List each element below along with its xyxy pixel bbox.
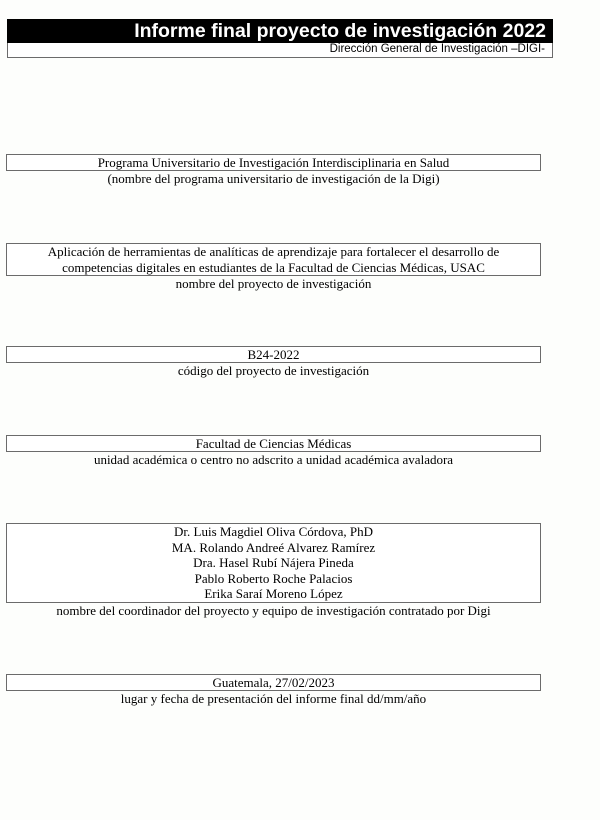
place-date-label: lugar y fecha de presentación del inform… <box>6 691 541 707</box>
report-subtitle: Dirección General de Investigación –DIGI… <box>7 43 553 58</box>
project-name-label: nombre del proyecto de investigación <box>6 276 541 292</box>
place-date-box: Guatemala, 27/02/2023 <box>6 674 541 691</box>
project-name-box: Aplicación de herramientas de analíticas… <box>6 243 541 276</box>
team-member: Pablo Roberto Roche Palacios <box>7 571 540 587</box>
project-name-line-2: competencias digitales en estudiantes de… <box>7 260 540 276</box>
academic-unit-box: Facultad de Ciencias Médicas <box>6 435 541 452</box>
team-member: MA. Rolando Andreé Alvarez Ramírez <box>7 540 540 556</box>
program-name-label: (nombre del programa universitario de in… <box>6 171 541 187</box>
place-date: Guatemala, 27/02/2023 <box>7 675 540 691</box>
program-name-box: Programa Universitario de Investigación … <box>6 154 541 171</box>
project-code-box: B24-2022 <box>6 346 541 363</box>
project-code: B24-2022 <box>7 347 540 363</box>
academic-unit-label: unidad académica o centro no adscrito a … <box>6 452 541 468</box>
team-member: Dr. Luis Magdiel Oliva Córdova, PhD <box>7 524 540 540</box>
report-title: Informe final proyecto de investigación … <box>7 19 553 43</box>
team-member: Erika Saraí Moreno López <box>7 586 540 602</box>
project-name-line-1: Aplicación de herramientas de analíticas… <box>7 244 540 260</box>
program-name: Programa Universitario de Investigación … <box>7 155 540 171</box>
team-member: Dra. Hasel Rubí Nájera Pineda <box>7 555 540 571</box>
project-code-label: código del proyecto de investigación <box>6 363 541 379</box>
research-team-box: Dr. Luis Magdiel Oliva Córdova, PhD MA. … <box>6 523 541 603</box>
academic-unit: Facultad de Ciencias Médicas <box>7 436 540 452</box>
research-team-label: nombre del coordinador del proyecto y eq… <box>6 603 541 619</box>
